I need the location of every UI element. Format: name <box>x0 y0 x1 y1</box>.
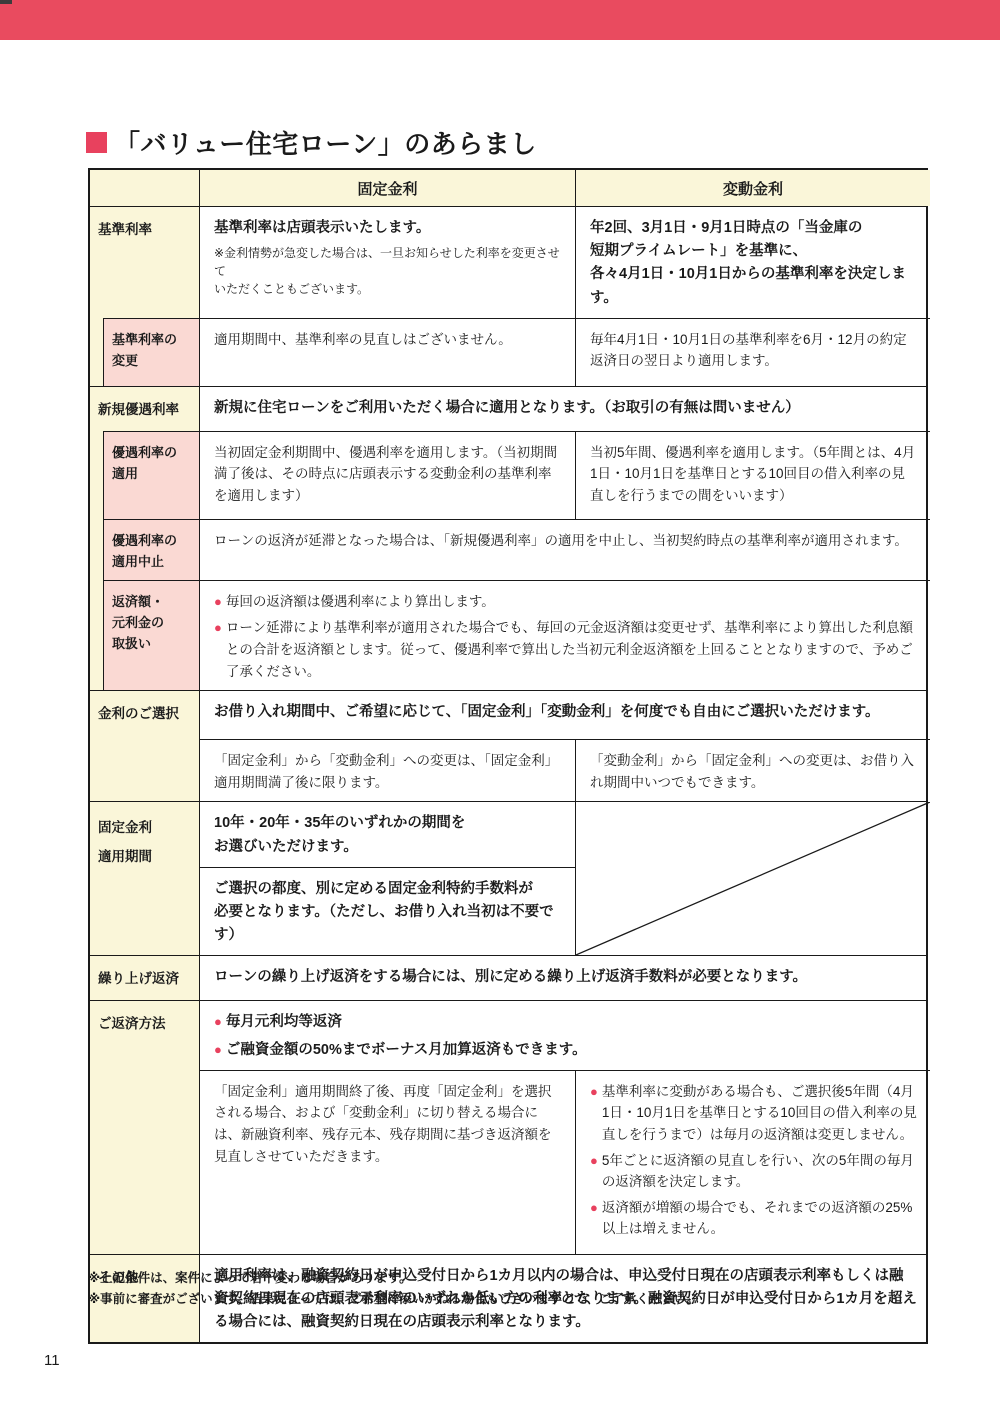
bullet-item: ● ローン延滞により基準利率が適用された場合でも、毎回の元金返済額は変更せず、基… <box>214 617 918 682</box>
cell-early-repayment-span: ローンの繰り上げ返済をする場合には、別に定める繰り上げ返済手数料が必要となります… <box>200 956 930 1000</box>
bullet-icon: ● <box>590 1197 598 1219</box>
loan-overview-table: 固定金利 変動金利 基準利率 基準利率は店頭表示いたします。 ※金利情勢が急変し… <box>88 168 928 1344</box>
row-early-repayment: 繰り上げ返済 ローンの繰り上げ返済をする場合には、別に定める繰り上げ返済手数料が… <box>90 955 926 1000</box>
bullet-icon: ● <box>214 591 222 613</box>
footnote-line: ※事前に審査がございます。結果によっては、ご希望に添いかねる場合もございますので… <box>88 1289 699 1310</box>
footnote-line: ※上記条件は、案件によって若干変わる場合があります。 <box>88 1268 699 1289</box>
table-header-row: 固定金利 変動金利 <box>90 170 926 206</box>
bullet-icon: ● <box>590 1081 598 1103</box>
footnotes: ※上記条件は、案件によって若干変わる場合があります。 ※事前に審査がございます。… <box>88 1268 699 1311</box>
cell-fixed-period-top: 10年・20年・35年のいずれかの期間を お選びいただけます。 <box>200 802 575 866</box>
row-label-base-rate: 基準利率 <box>90 207 200 318</box>
cell-repayment-method-span: ● 毎月元利均等返済 ● ご融資金額の50%までボーナス月加算返済もできます。 <box>200 1001 930 1069</box>
header-empty-cell <box>90 170 200 206</box>
row-label-rate-selection: 金利のご選択 <box>90 691 200 801</box>
bullet-item: ● 基準利率に変動がある場合も、ご選択後5年間（4月1日・10月1日を基準日とす… <box>590 1081 918 1146</box>
row-base-rate-group: 基準利率 基準利率は店頭表示いたします。 ※金利情勢が急変した場合は、一旦お知ら… <box>90 206 926 386</box>
row-label-new-preferential: 新規優遇利率 <box>90 387 200 431</box>
bullet-icon: ● <box>214 1039 222 1061</box>
row-repayment-method-group: ご返済方法 ● 毎月元利均等返済 ● ご融資金額の50%までボーナス月加算返済も… <box>90 1000 926 1253</box>
cell-rate-selection-span: お借り入れ期間中、ご希望に応じて、「固定金利」「変動金利」を何度でも自由にご選択… <box>200 691 930 739</box>
cell-base-rate-variable: 年2回、3月1日・9月1日時点の「当金庫の 短期プライムレート」を基準に、 各々… <box>575 207 930 318</box>
row-label-preferential-apply: 優遇利率の 適用 <box>104 431 200 519</box>
cell-new-preferential-span: 新規に住宅ローンをご利用いただく場合に適用となります。（お取引の有無は問いません… <box>200 387 930 431</box>
header-fixed-rate: 固定金利 <box>200 170 575 206</box>
base-rate-fixed-text: 基準利率は店頭表示いたします。 <box>214 220 430 236</box>
row-label-fixed-period: 固定金利 適用期間 <box>90 802 200 955</box>
row-label-early-repayment: 繰り上げ返済 <box>90 956 200 1000</box>
scan-artifact <box>0 0 12 4</box>
cell-fixed-period-bottom: ご選択の都度、別に定める固定金利特約手数料が 必要となります。（ただし、お借り入… <box>200 867 575 956</box>
cell-preferential-apply-fixed: 当初固定金利期間中、優遇利率を適用します。（当初期間満了後は、その時点に店頭表示… <box>200 431 575 519</box>
cell-repayment-handling-span: ● 毎回の返済額は優遇利率により算出します。 ● ローン延滞により基準利率が適用… <box>200 580 930 690</box>
row-label-repayment-handling: 返済額・ 元利金の 取扱い <box>104 580 200 690</box>
page-number: 11 <box>44 1352 60 1369</box>
cell-base-rate-fixed: 基準利率は店頭表示いたします。 ※金利情勢が急変した場合は、一旦お知らせした利率… <box>200 207 575 318</box>
header-variable-rate: 変動金利 <box>575 170 930 206</box>
cell-rate-selection-fixed: 「固定金利」から「変動金利」への変更は、「固定金利」適用期間満了後に限ります。 <box>200 739 575 801</box>
cell-repayment-method-variable: ● 基準利率に変動がある場合も、ご選択後5年間（4月1日・10月1日を基準日とす… <box>575 1070 930 1254</box>
bullet-icon: ● <box>214 1011 222 1033</box>
page-title-text: 「バリュー住宅ローン」のあらまし <box>114 124 537 161</box>
bullet-item: ● ご融資金額の50%までボーナス月加算返済もできます。 <box>214 1039 918 1062</box>
title-square-icon <box>86 132 107 153</box>
bullet-item: ● 5年ごとに返済額の見直しを行い、次の5年間の毎月の返済額を決定します。 <box>590 1150 918 1193</box>
bullet-text: 返済額が増額の場合でも、それまでの返済額の25%以上は増えません。 <box>602 1197 918 1240</box>
row-fixed-period-group: 固定金利 適用期間 10年・20年・35年のいずれかの期間を お選びいただけます… <box>90 801 926 955</box>
diagonal-line-icon <box>576 802 930 955</box>
cell-rate-selection-variable: 「変動金利」から「固定金利」への変更は、お借り入れ期間中いつでもできます。 <box>575 739 930 801</box>
bullet-icon: ● <box>590 1150 598 1172</box>
row-label-preferential-stop: 優遇利率の 適用中止 <box>104 519 200 581</box>
row-label-base-rate-change: 基準利率の 変更 <box>104 318 200 386</box>
cell-repayment-method-fixed: 「固定金利」適用期間終了後、再度「固定金利」を選択される場合、および「変動金利」… <box>200 1070 575 1254</box>
cell-rate-change-variable: 毎年4月1日・10月1日の基準利率を6月・12月の約定返済日の翌日より適用します… <box>575 318 930 386</box>
page-title: 「バリュー住宅ローン」のあらまし <box>86 124 537 161</box>
cell-rate-change-fixed: 適用期間中、基準利率の見直しはございません。 <box>200 318 575 386</box>
row-new-preferential-group: 新規優遇利率 新規に住宅ローンをご利用いただく場合に適用となります。（お取引の有… <box>90 386 926 690</box>
row-label-repayment-method: ご返済方法 <box>90 1001 200 1253</box>
bullet-icon: ● <box>214 617 222 639</box>
label-indent-strip <box>90 431 104 690</box>
label-indent-strip <box>90 318 104 386</box>
base-rate-fixed-note: ※金利情勢が急変した場合は、一旦お知らせした利率を変更させて いただくこともござ… <box>214 244 563 298</box>
cell-preferential-stop-span: ローンの返済が延滞となった場合は、「新規優遇利率」の適用を中止し、当初契約時点の… <box>200 519 930 581</box>
bullet-text: 基準利率に変動がある場合も、ご選択後5年間（4月1日・10月1日を基準日とする1… <box>602 1081 918 1146</box>
bullet-text: ローン延滞により基準利率が適用された場合でも、毎回の元金返済額は変更せず、基準利… <box>226 617 918 682</box>
bullet-item: ● 毎月元利均等返済 <box>214 1011 918 1034</box>
bullet-text: 毎回の返済額は優遇利率により算出します。 <box>226 591 918 613</box>
bullet-item: ● 返済額が増額の場合でも、それまでの返済額の25%以上は増えません。 <box>590 1197 918 1240</box>
cell-not-applicable-diagonal <box>575 802 930 955</box>
bullet-text: 毎月元利均等返済 <box>226 1011 918 1034</box>
row-rate-selection-group: 金利のご選択 お借り入れ期間中、ご希望に応じて、「固定金利」「変動金利」を何度で… <box>90 690 926 801</box>
page-top-accent-bar <box>0 0 1000 40</box>
bullet-text: 5年ごとに返済額の見直しを行い、次の5年間の毎月の返済額を決定します。 <box>602 1150 918 1193</box>
bullet-item: ● 毎回の返済額は優遇利率により算出します。 <box>214 591 918 613</box>
bullet-text: ご融資金額の50%までボーナス月加算返済もできます。 <box>226 1039 918 1062</box>
cell-preferential-apply-variable: 当初5年間、優遇利率を適用します。（5年間とは、4月1日・10月1日を基準日とす… <box>575 431 930 519</box>
